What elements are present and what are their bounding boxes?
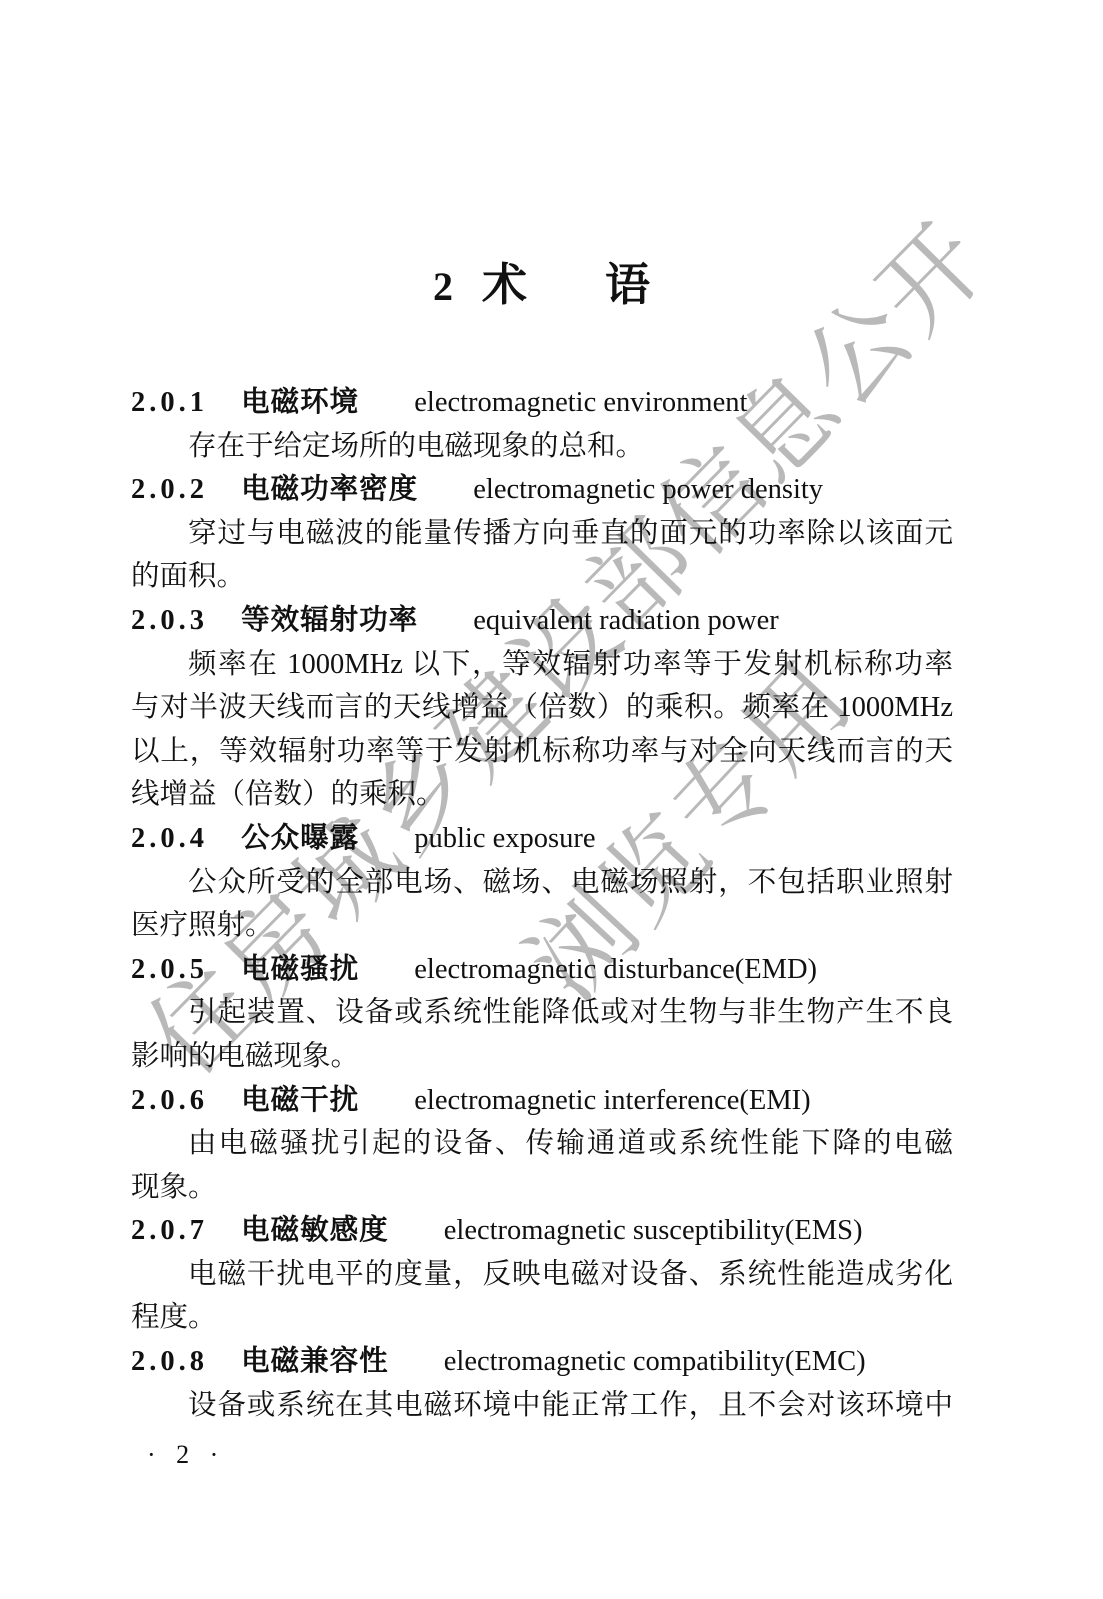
term-heading: 2.0.5 电磁骚扰 electromagnetic disturbance(E… bbox=[131, 948, 953, 992]
chapter-number: 2 bbox=[433, 263, 453, 310]
term-name-en: electromagnetic compatibility(EMC) bbox=[444, 1346, 866, 1377]
term-heading: 2.0.6 电磁干扰 electromagnetic interference(… bbox=[131, 1079, 953, 1123]
term-name-en: electromagnetic susceptibility(EMS) bbox=[444, 1215, 863, 1246]
definition-line: 设备或系统在其电磁环境中能正常工作，且不会对该环境中 bbox=[131, 1384, 953, 1428]
chapter-title: 2 术 语 bbox=[433, 248, 650, 313]
term-name-zh: 电磁功率密度 bbox=[241, 474, 418, 505]
definition-line: 存在于给定场所的电磁现象的总和。 bbox=[131, 425, 953, 469]
term-heading: 2.0.8 电磁兼容性 electromagnetic compatibilit… bbox=[131, 1340, 953, 1384]
term-number: 2.0.5 bbox=[131, 954, 208, 985]
definition-line: 以上，等效辐射功率等于发射机标称功率与对全向天线而言的天 bbox=[131, 730, 953, 774]
term-heading: 2.0.2 电磁功率密度 electromagnetic power densi… bbox=[131, 468, 953, 512]
term-name-en: electromagnetic environment bbox=[414, 387, 747, 418]
term-name-zh: 电磁兼容性 bbox=[241, 1346, 389, 1377]
term-number: 2.0.1 bbox=[131, 387, 208, 418]
definition-line: 的面积。 bbox=[131, 555, 953, 599]
chapter-title-word-1: 术 bbox=[482, 248, 527, 313]
definition-line: 公众所受的全部电场、磁场、电磁场照射，不包括职业照射和 bbox=[131, 861, 953, 905]
term-number: 2.0.3 bbox=[131, 605, 208, 636]
term-name-en: public exposure bbox=[414, 823, 595, 854]
term-name-zh: 电磁敏感度 bbox=[241, 1215, 389, 1246]
term-name-en: equivalent radiation power bbox=[473, 605, 778, 636]
definition-line: 与对半波天线而言的天线增益（倍数）的乘积。频率在 1000MHz bbox=[131, 686, 953, 730]
term-heading: 2.0.1 电磁环境 electromagnetic environment bbox=[131, 381, 953, 425]
definition-line: 线增益（倍数）的乘积。 bbox=[131, 773, 953, 817]
term-name-zh: 电磁骚扰 bbox=[241, 954, 359, 985]
definition-line: 医疗照射。 bbox=[131, 904, 953, 948]
definition-line: 电磁干扰电平的度量，反映电磁对设备、系统性能造成劣化的 bbox=[131, 1253, 953, 1297]
definition-line: 引起装置、设备或系统性能降低或对生物与非生物产生不良 bbox=[131, 991, 953, 1035]
term-number: 2.0.2 bbox=[131, 474, 208, 505]
definition-line: 由电磁骚扰引起的设备、传输通道或系统性能下降的电磁 bbox=[131, 1122, 953, 1166]
term-number: 2.0.7 bbox=[131, 1215, 208, 1246]
definition-line: 频率在 1000MHz 以下，等效辐射功率等于发射机标称功率 bbox=[131, 643, 953, 687]
term-number: 2.0.6 bbox=[131, 1085, 208, 1116]
term-heading: 2.0.4 公众曝露 public exposure bbox=[131, 817, 953, 861]
terms-section: 2.0.1 电磁环境 electromagnetic environment 存… bbox=[131, 381, 953, 1427]
term-number: 2.0.4 bbox=[131, 823, 208, 854]
term-name-en: electromagnetic interference(EMI) bbox=[414, 1085, 810, 1116]
chapter-title-word-2: 语 bbox=[605, 248, 650, 313]
term-name-zh: 等效辐射功率 bbox=[241, 605, 418, 636]
term-name-zh: 电磁环境 bbox=[241, 387, 359, 418]
term-heading: 2.0.7 电磁敏感度 electromagnetic susceptibili… bbox=[131, 1209, 953, 1253]
definition-line: 程度。 bbox=[131, 1296, 953, 1340]
term-name-zh: 电磁干扰 bbox=[241, 1085, 359, 1116]
definition-line: 现象。 bbox=[131, 1166, 953, 1210]
term-name-en: electromagnetic power density bbox=[473, 474, 823, 505]
term-heading: 2.0.3 等效辐射功率 equivalent radiation power bbox=[131, 599, 953, 643]
document-page: 住房城乡建设部信息公开 浏览专用 2 术 语 2.0.1 电磁环境 electr… bbox=[0, 0, 1103, 1599]
term-name-zh: 公众曝露 bbox=[241, 823, 359, 854]
definition-line: 影响的电磁现象。 bbox=[131, 1035, 953, 1079]
page-number: · 2 · bbox=[147, 1440, 225, 1470]
term-name-en: electromagnetic disturbance(EMD) bbox=[414, 954, 817, 985]
term-number: 2.0.8 bbox=[131, 1346, 208, 1377]
definition-line: 穿过与电磁波的能量传播方向垂直的面元的功率除以该面元 bbox=[131, 512, 953, 556]
